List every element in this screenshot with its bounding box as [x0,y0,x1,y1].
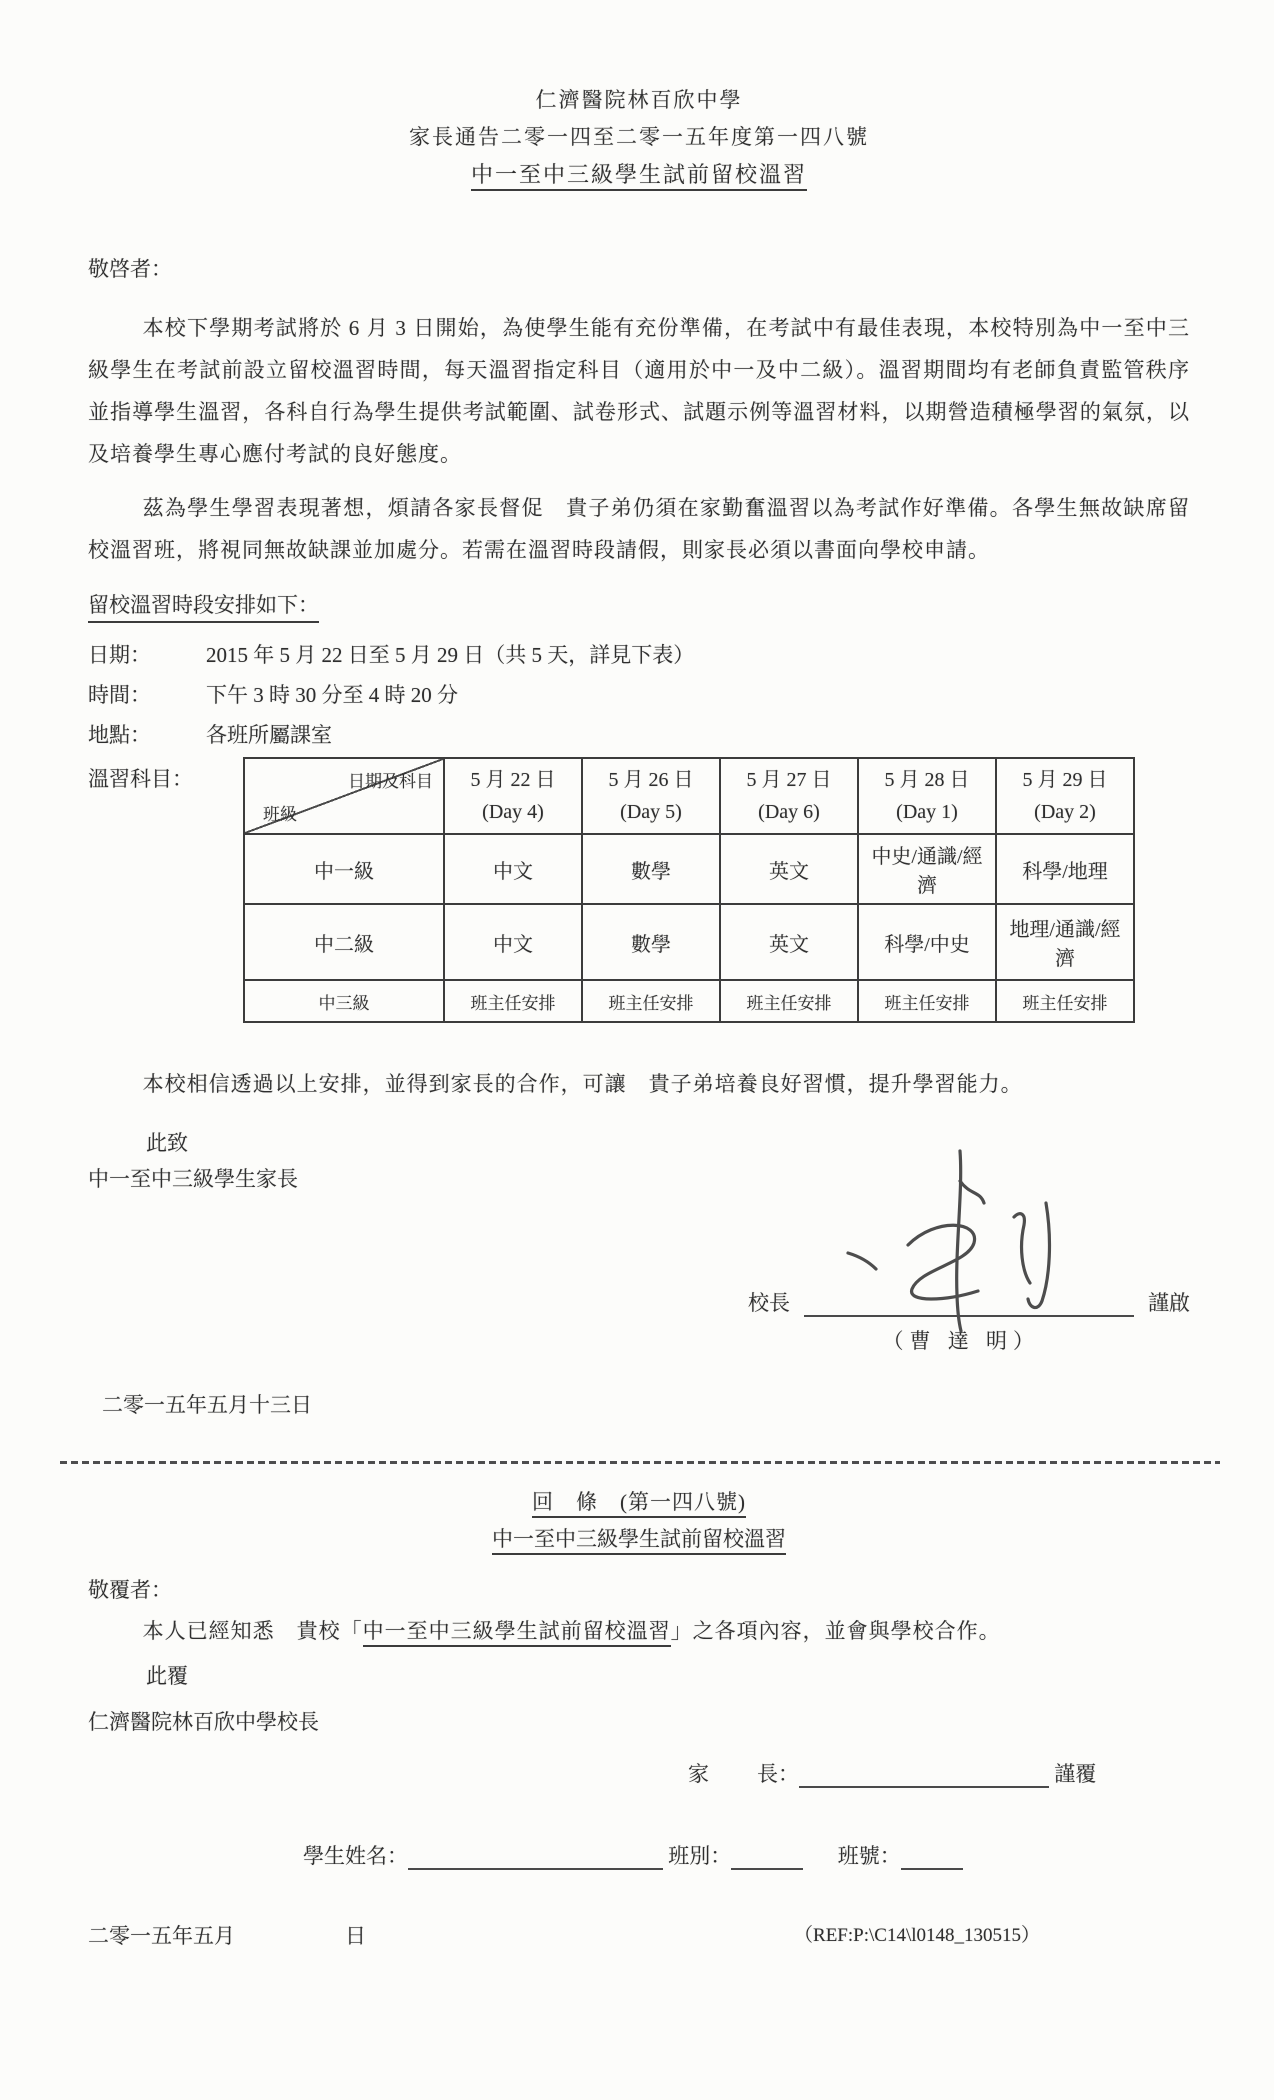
reply-closing: 此覆 [88,1660,1190,1690]
reply-body: 本人已經知悉 貴校「中一至中三級學生試前留校溫習」之各項內容，並會與學校合作。 [88,1610,1190,1652]
column-header-day: 5 月 27 日(Day 6) [720,758,858,834]
reply-addressee: 仁濟醫院林百欣中學校長 [88,1706,1190,1736]
closing-cizhi: 此致 [88,1125,1190,1161]
subject-cell: 班主任安排 [858,980,996,1022]
parent-honorific: 謹覆 [1054,1762,1096,1786]
class-number-blank [901,1844,963,1870]
closing-block: 此致 中一至中三級學生家長 [88,1125,1190,1197]
date-value: 2015 年 5 月 22 日至 5 月 29 日（共 5 天，詳見下表） [206,635,694,675]
class-label: 班別： [668,1844,731,1868]
subject-cell: 班主任安排 [444,980,582,1022]
student-info-row: 學生姓名： 班別： 班號： [88,1840,1190,1870]
grade-cell: 中三級 [244,980,444,1022]
principal-honorific: 謹啟 [1148,1287,1190,1317]
corner-label-grade: 班級 [263,800,297,825]
parent-signature-blank [799,1762,1049,1788]
subject-cell: 地理/通識/經濟 [996,904,1134,980]
schedule-details: 日期： 2015 年 5 月 22 日至 5 月 29 日（共 5 天，詳見下表… [88,635,1190,755]
schedule-venue-line: 地點： 各班所屬課室 [88,715,1190,755]
class-blank [731,1844,803,1870]
paragraph-intro: 本校下學期考試將於 6 月 3 日開始，為使學生能有充份準備，在考試中有最佳表現… [88,307,1190,475]
reply-body-underlined: 中一至中三級學生試前留校溫習 [363,1619,671,1647]
subject-cell: 數學 [582,834,720,904]
reply-slip-subtitle: 中一至中三級學生試前留校溫習 [88,1520,1190,1558]
subject-cell: 科學/地理 [996,834,1134,904]
revision-timetable: 日期及科目 班級 5 月 22 日(Day 4) 5 月 26 日(Day 5)… [243,757,1135,1023]
time-label: 時間： [88,675,206,715]
notice-date: 二零一五年五月十三日 [88,1389,1190,1419]
paragraph-reminder: 茲為學生學習表現著想，煩請各家長督促 貴子弟仍須在家勤奮溫習以為考試作好準備。各… [88,487,1190,571]
principal-signature-line [804,1287,1134,1317]
principal-label: 校長 [748,1287,790,1317]
venue-label: 地點： [88,715,206,755]
grade-cell: 中一級 [244,834,444,904]
reply-salutation: 敬覆者： [88,1574,1190,1604]
parent-label-2: 長： [757,1762,799,1786]
notice-header: 仁濟醫院林百欣中學 家長通告二零一四至二零一五年度第一四八號 中一至中三級學生試… [88,82,1190,193]
scanned-notice-page: 仁濟醫院林百欣中學 家長通告二零一四至二零一五年度第一四八號 中一至中三級學生試… [0,0,1274,2100]
schedule-time-line: 時間： 下午 3 時 30 分至 4 時 20 分 [88,675,1190,715]
tear-off-divider [60,1461,1220,1464]
subject-cell: 班主任安排 [996,980,1134,1022]
class-number-label: 班號： [838,1844,901,1868]
column-header-day: 5 月 22 日(Day 4) [444,758,582,834]
parent-label: 家 [688,1762,709,1786]
paragraph-conclusion: 本校相信透過以上安排，並得到家長的合作，可讓 貴子弟培養良好習慣，提升學習能力。 [88,1063,1190,1105]
reply-date-day: 日 [345,1920,366,1950]
subject-cell: 中文 [444,904,582,980]
school-name: 仁濟醫院林百欣中學 [88,82,1190,119]
principal-name: （曹 達 明） [88,1325,1190,1355]
reply-body-pre: 本人已經知悉 貴校「 [143,1619,363,1643]
subject-cell: 班主任安排 [582,980,720,1022]
reply-date-prefix: 二零一五年五月 [88,1920,235,1950]
table-row: 中一級 中文 數學 英文 中史/通識/經濟 科學/地理 [244,834,1134,904]
notice-number: 家長通告二零一四至二零一五年度第一四八號 [88,119,1190,156]
table-row: 中二級 中文 數學 英文 科學/中史 地理/通識/經濟 [244,904,1134,980]
parent-signature-row: 家長： 謹覆 [88,1758,1190,1788]
subject-cell: 班主任安排 [720,980,858,1022]
notice-title: 中一至中三級學生試前留校溫習 [471,162,807,191]
grade-cell: 中二級 [244,904,444,980]
subject-cell: 英文 [720,904,858,980]
reply-body-post: 」之各項內容，並會與學校合作。 [671,1619,1001,1643]
subject-cell: 中史/通識/經濟 [858,834,996,904]
venue-value: 各班所屬課室 [206,715,332,755]
table-row: 中三級 班主任安排 班主任安排 班主任安排 班主任安排 班主任安排 [244,980,1134,1022]
column-header-day: 5 月 26 日(Day 5) [582,758,720,834]
subject-cell: 數學 [582,904,720,980]
schedule-heading: 留校溫習時段安排如下： [88,589,1190,623]
student-name-blank [408,1844,663,1870]
table-corner-cell: 日期及科目 班級 [244,758,444,834]
principal-signature-row: 校長 謹啟 [88,1209,1190,1317]
ref-number: （REF:P:\C14\l0148_130515） [794,1920,1040,1950]
subject-cell: 科學/中史 [858,904,996,980]
reply-date-row: 二零一五年五月日 （REF:P:\C14\l0148_130515） [88,1920,1190,1950]
reply-slip-title: 回 條 (第一四八號) [88,1486,1190,1516]
time-value: 下午 3 時 30 分至 4 時 20 分 [206,675,458,715]
subjects-section: 溫習科目： 日期及科目 班級 5 月 22 日(Day 4) 5 月 26 日(… [88,757,1190,1023]
subjects-label: 溫習科目： [88,757,243,1023]
date-label: 日期： [88,635,206,675]
salutation: 敬啓者： [88,253,1190,283]
subject-cell: 英文 [720,834,858,904]
corner-label-date-subject: 日期及科目 [348,767,433,792]
column-header-day: 5 月 29 日(Day 2) [996,758,1134,834]
addressee-parents: 中一至中三級學生家長 [88,1161,1190,1197]
student-name-label: 學生姓名： [303,1844,408,1868]
subject-cell: 中文 [444,834,582,904]
column-header-day: 5 月 28 日(Day 1) [858,758,996,834]
schedule-date-line: 日期： 2015 年 5 月 22 日至 5 月 29 日（共 5 天，詳見下表… [88,635,1190,675]
